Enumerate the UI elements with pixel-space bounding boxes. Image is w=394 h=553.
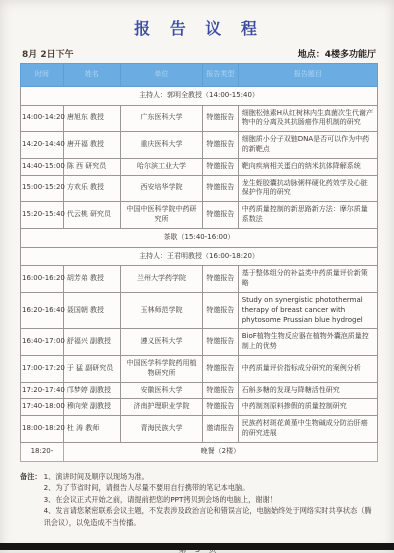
talk-row: 14:20-14:40唐开福 教授重庆医科大学特邀报告细胞质小分子双链DNA是否… (21, 132, 378, 159)
column-header: 时间 (21, 64, 64, 87)
venue-location: 地点：4楼多功能厅 (298, 47, 376, 60)
speaker-cell: 方欢乐 教授 (63, 175, 120, 202)
speaker-cell: 杜 涛 教师 (63, 416, 120, 443)
talk-row: 17:20-17:40邝梦婷 副教授安徽医科大学特邀报告石斛多糖的发现与降糖活性… (21, 382, 378, 399)
affiliation-cell: 中国医学科学院药用植物研究所 (120, 355, 202, 382)
dinner-row: 18:20-晚餐（2楼） (21, 442, 378, 461)
report-title-cell: 细胞质小分子双链DNA是否可以作为中药的新靶点 (238, 132, 377, 159)
speaker-cell: 唐开福 教授 (63, 132, 120, 159)
time-cell: 17:00-17:20 (21, 355, 64, 382)
affiliation-cell: 玉林师范学院 (120, 292, 202, 328)
report-title-cell: 中药质量评价指标成分研究的案例分析 (238, 355, 377, 382)
section-label: 茶歇（15:40-16:00） (21, 228, 378, 247)
meta-row: 8月 2日下午 地点：4楼多功能厅 (22, 47, 376, 60)
agenda-table-body: 主持人：郭明全教授（14:00-15:40）14:00-14:20唐旭东 教授广… (21, 86, 378, 461)
time-cell: 16:20-16:40 (21, 292, 64, 328)
talk-row: 16:40-17:00舒福兴 副教授遵义医科大学特邀报告BioF植物生物反应器在… (21, 329, 378, 356)
agenda-table-header: 时间姓名单位报告类型报告题目 (21, 64, 378, 87)
speaker-cell: 于 猛 副研究员 (63, 355, 120, 382)
affiliation-cell: 兰州大学药学院 (120, 266, 202, 293)
talk-row: 17:00-17:20于 猛 副研究员中国医学科学院药用植物研究所特邀报告中药质… (21, 355, 378, 382)
report-type-cell: 特邀报告 (203, 382, 239, 399)
speaker-cell: 胡芳弟 教授 (63, 266, 120, 293)
time-cell: 15:00-15:20 (21, 175, 64, 202)
section-label: 主持人：王君明教授（16:00-18:20） (21, 247, 378, 266)
talk-row: 15:00-15:20方欢乐 教授西安培华学院特邀报告龙生蛭胶囊抗动脉粥样硬化药… (21, 175, 378, 202)
time-cell: 17:40-18:00 (21, 399, 64, 416)
footnotes: 备注： 1、演讲时间及顺序以现场为准。2、为了节省时间，请报告人尽量不要用自行携… (20, 471, 378, 529)
talk-row: 18:00-18:20杜 涛 教师青海民族大学邀请报告民族药材斑花黄堇中生物碱成… (21, 416, 378, 443)
scanned-agenda-page: 报 告 议 程 8月 2日下午 地点：4楼多功能厅 时间姓名单位报告类型报告题目… (0, 0, 394, 553)
report-title-cell: 民族药材斑花黄堇中生物碱成分防治肝癌的研究进展 (238, 416, 377, 443)
talk-row: 16:20-16:40聂国朝 教授玉林师范学院特邀报告Study on syne… (21, 292, 378, 328)
report-type-cell: 特邀报告 (203, 329, 239, 356)
affiliation-cell: 安徽医科大学 (120, 382, 202, 399)
report-type-cell: 邀请报告 (203, 416, 239, 443)
column-header: 姓名 (63, 64, 120, 87)
report-title-cell: 石斛多糖的发现与降糖活性研究 (238, 382, 377, 399)
photo-edge-bar (0, 543, 394, 550)
report-type-cell: 特邀报告 (203, 355, 239, 382)
affiliation-cell: 中国中医科学院中药研究所 (120, 202, 202, 229)
time-cell: 18:00-18:20 (21, 416, 64, 443)
report-title-cell: 细胞松弛素H从红树林内生真菌次生代谢产物中的分离及其抗肠癌作用机制的研究 (238, 105, 377, 132)
footnote-item: 4、发言请您紧密联系会议主题，不发表涉及政治言论和错误言论，电脑始终处于网络实时… (44, 505, 378, 527)
column-header: 报告题目 (238, 64, 377, 87)
report-type-cell: 特邀报告 (203, 202, 239, 229)
report-title-cell: Study on synergistic photothermal therap… (238, 292, 377, 328)
footnotes-list: 1、演讲时间及顺序以现场为准。2、为了节省时间，请报告人尽量不要用自行携带的笔记… (44, 471, 378, 529)
section-label: 主持人：郭明全教授（14:00-15:40） (21, 86, 378, 105)
report-type-cell: 特邀报告 (203, 132, 239, 159)
talk-row: 16:00-16:20胡芳弟 教授兰州大学药学院特邀报告基于整体组分的补益类中药… (21, 266, 378, 293)
report-title-cell: 中药制剂原料掺假的质量控制研究 (238, 399, 377, 416)
agenda-table: 时间姓名单位报告类型报告题目 主持人：郭明全教授（14:00-15:40）14:… (20, 63, 378, 462)
report-type-cell: 特邀报告 (203, 105, 239, 132)
report-type-cell: 特邀报告 (203, 399, 239, 416)
footnote-item: 2、为了节省时间，请报告人尽量不要用自行携带的笔记本电脑。 (44, 482, 378, 493)
affiliation-cell: 广东医科大学 (120, 105, 202, 132)
affiliation-cell: 重庆医科大学 (120, 132, 202, 159)
time-cell: 16:00-16:20 (21, 266, 64, 293)
time-cell: 14:00-14:20 (21, 105, 64, 132)
speaker-cell: 邝梦婷 副教授 (63, 382, 120, 399)
report-type-cell: 特邀报告 (203, 266, 239, 293)
speaker-cell: 唐旭东 教授 (63, 105, 120, 132)
column-header: 单位 (120, 64, 202, 87)
time-cell: 14:20-14:40 (21, 132, 64, 159)
speaker-cell: 聂国朝 教授 (63, 292, 120, 328)
section-row: 主持人：郭明全教授（14:00-15:40） (21, 86, 378, 105)
report-title-cell: 基于整体组分的补益类中药质量评价新策略 (238, 266, 377, 293)
dinner-label: 晚餐（2楼） (63, 442, 377, 461)
affiliation-cell: 西安培华学院 (120, 175, 202, 202)
time-cell: 18:20- (21, 442, 64, 461)
header-row: 时间姓名单位报告类型报告题目 (21, 64, 378, 87)
report-type-cell: 特邀报告 (203, 292, 239, 328)
section-row: 主持人：王君明教授（16:00-18:20） (21, 247, 378, 266)
time-cell: 15:20-15:40 (21, 202, 64, 229)
report-type-cell: 特邀报告 (203, 175, 239, 202)
report-title-cell: BioF植物生物反应器在植物外囊泡质量控制上的优势 (238, 329, 377, 356)
report-title-cell: 靶向疾病相关蛋白的纳米抗体降解系统 (238, 158, 377, 175)
speaker-cell: 舒福兴 副教授 (63, 329, 120, 356)
affiliation-cell: 遵义医科大学 (120, 329, 202, 356)
speaker-cell: 代云桃 研究员 (63, 202, 120, 229)
section-row: 茶歇（15:40-16:00） (21, 228, 378, 247)
talk-row: 14:00-14:20唐旭东 教授广东医科大学特邀报告细胞松弛素H从红树林内生真… (21, 105, 378, 132)
page-title: 报 告 议 程 (20, 16, 378, 39)
session-date: 8月 2日下午 (22, 47, 74, 60)
talk-row: 17:40-18:00穆向荣 副教授济南护理职业学院特邀报告中药制剂原料掺假的质… (21, 399, 378, 416)
talk-row: 14:40-15:00陈 西 研究员哈尔滨工业大学特邀报告靶向疾病相关蛋白的纳米… (21, 158, 378, 175)
report-title-cell: 龙生蛭胶囊抗动脉粥样硬化药效学及心脏保护作用的研究 (238, 175, 377, 202)
time-cell: 14:40-15:00 (21, 158, 64, 175)
affiliation-cell: 济南护理职业学院 (120, 399, 202, 416)
report-title-cell: 中药质量控制的新思路新方法：摩尔质量系数法 (238, 202, 377, 229)
affiliation-cell: 青海民族大学 (120, 416, 202, 443)
time-cell: 16:40-17:00 (21, 329, 64, 356)
speaker-cell: 陈 西 研究员 (63, 158, 120, 175)
time-cell: 17:20-17:40 (21, 382, 64, 399)
footnotes-label: 备注： (20, 471, 42, 529)
report-type-cell: 特邀报告 (203, 158, 239, 175)
footnote-item: 3、在会议正式开始之前，请提前把您的PPT拷贝到会场的电脑上，谢谢！ (44, 494, 378, 505)
affiliation-cell: 哈尔滨工业大学 (120, 158, 202, 175)
talk-row: 15:20-15:40代云桃 研究员中国中医科学院中药研究所特邀报告中药质量控制… (21, 202, 378, 229)
footnote-item: 1、演讲时间及顺序以现场为准。 (44, 471, 378, 482)
speaker-cell: 穆向荣 副教授 (63, 399, 120, 416)
column-header: 报告类型 (203, 64, 239, 87)
